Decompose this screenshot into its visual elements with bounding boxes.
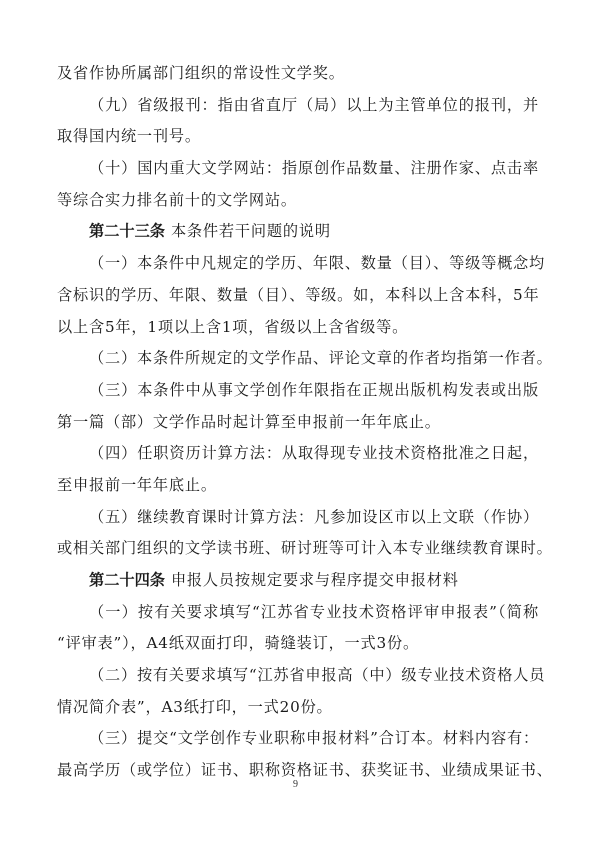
article-24-item-3-line-1: （三）提交“文学创作专业职称申报材料”合订本。材料内容有： bbox=[57, 723, 539, 755]
article-23-heading: 第二十三条本条件若干问题的说明 bbox=[57, 216, 539, 248]
article-24-item-1-line-1: （一）按有关要求填写“江苏省专业技术资格评审申报表”（简称 bbox=[57, 597, 539, 629]
document-page: 及省作协所属部门组织的常设性文学奖。 （九）省级报刊：指由省直厅（局）以上为主管… bbox=[57, 58, 539, 787]
article-23-item-5-line-1: （五）继续教育课时计算方法：凡参加设区市以上文联（作协） bbox=[57, 502, 539, 534]
article-23-item-5-line-2: 或相关部门组织的文学读书班、研讨班等可计入本专业继续教育课时。 bbox=[57, 533, 539, 565]
article-23-item-1-line-2: 含标识的学历、年限、数量（目）、等级。如，本科以上含本科，5年 bbox=[57, 280, 539, 312]
article-23-item-1-line-1: （一）本条件中凡规定的学历、年限、数量（目）、等级等概念均 bbox=[57, 248, 539, 280]
article-23-item-4-line-2: 至申报前一年年底止。 bbox=[57, 470, 539, 502]
article-23-item-2-line-1: （二）本条件所规定的文学作品、评论文章的作者均指第一作者。 bbox=[57, 343, 539, 375]
article-24-item-2-line-2: 情况简介表”，A3纸打印，一式20份。 bbox=[57, 692, 539, 724]
article-24-heading: 第二十四条申报人员按规定要求与程序提交申报材料 bbox=[57, 565, 539, 597]
article-24-item-1-line-2: “评审表”），A4纸双面打印，骑缝装订，一式3份。 bbox=[57, 628, 539, 660]
paragraph-line: 等综合实力排名前十的文学网站。 bbox=[57, 185, 539, 217]
article-23-item-3-line-2: 第一篇（部）文学作品时起计算至申报前一年年底止。 bbox=[57, 407, 539, 439]
article-24-item-3-line-2: 最高学历（或学位）证书、职称资格证书、获奖证书、业绩成果证书、 bbox=[57, 755, 539, 787]
paragraph-line: （十）国内重大文学网站：指原创作品数量、注册作家、点击率 bbox=[57, 153, 539, 185]
article-heading-text: 申报人员按规定要求与程序提交申报材料 bbox=[171, 571, 459, 589]
article-title: 第二十三条 bbox=[89, 222, 165, 240]
paragraph-line: （九）省级报刊：指由省直厅（局）以上为主管单位的报刊，并 bbox=[57, 90, 539, 122]
article-title: 第二十四条 bbox=[89, 571, 165, 589]
page-number: 9 bbox=[293, 779, 298, 790]
article-23-item-4-line-1: （四）任职资历计算方法：从取得现专业技术资格批准之日起， bbox=[57, 438, 539, 470]
article-23-item-1-line-3: 以上含5年，1项以上含1项，省级以上含省级等。 bbox=[57, 312, 539, 344]
article-heading-text: 本条件若干问题的说明 bbox=[171, 222, 331, 240]
article-23-item-3-line-1: （三）本条件中从事文学创作年限指在正规出版机构发表或出版 bbox=[57, 375, 539, 407]
paragraph-line: 取得国内统一刊号。 bbox=[57, 121, 539, 153]
article-24-item-2-line-1: （二）按有关要求填写“江苏省申报高（中）级专业技术资格人员 bbox=[57, 660, 539, 692]
paragraph-line: 及省作协所属部门组织的常设性文学奖。 bbox=[57, 58, 539, 90]
